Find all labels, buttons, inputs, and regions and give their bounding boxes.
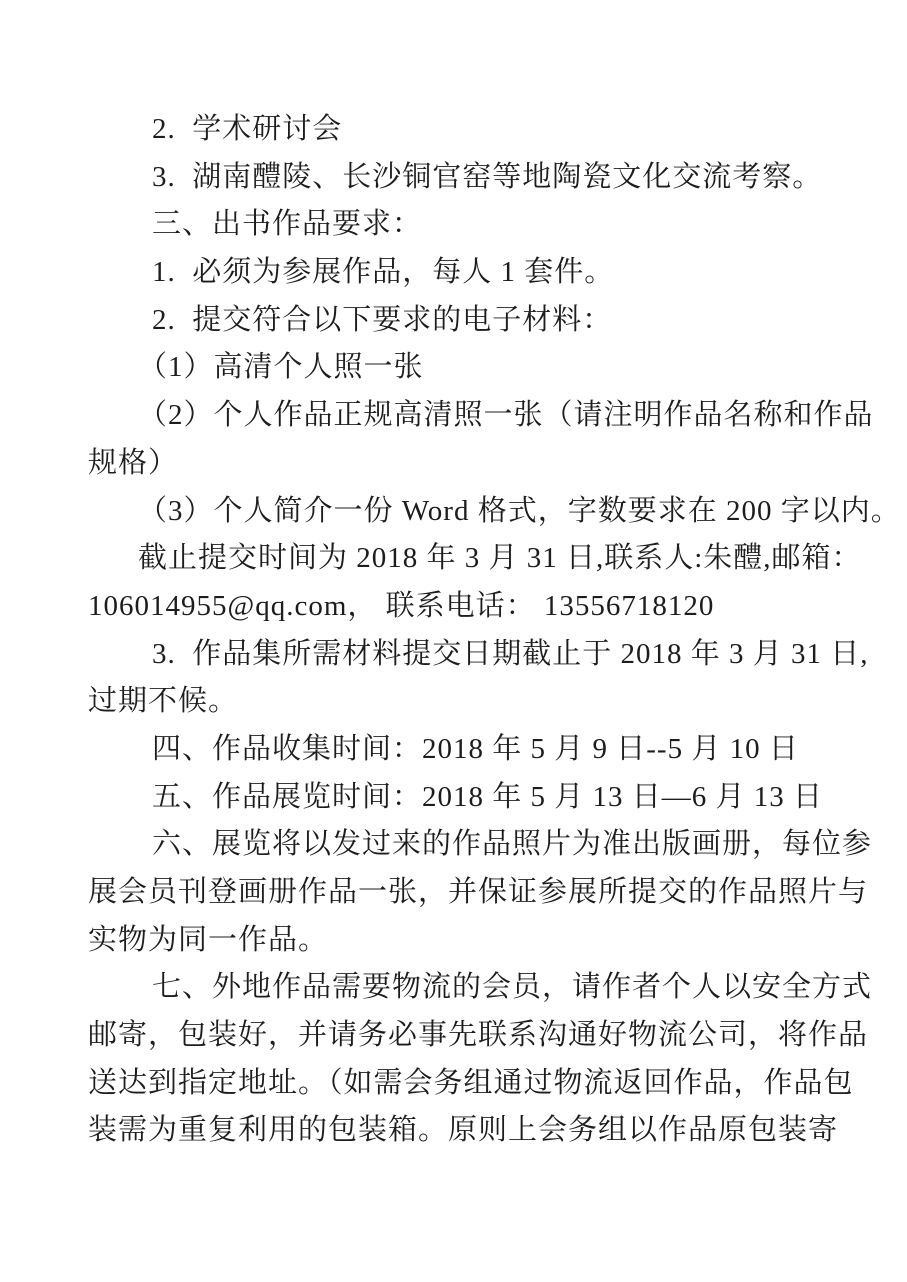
text-line: 2. 提交符合以下要求的电子材料：: [88, 297, 814, 345]
text-line: （3）个人简介一份 Word 格式，字数要求在 200 字以内。: [88, 488, 814, 536]
text-line: 七、外地作品需要物流的会员，请作者个人以安全方式: [88, 964, 814, 1012]
text-line: 过期不候。: [88, 678, 814, 726]
text-line: 2. 学术研讨会: [88, 106, 814, 154]
document-page: 2. 学术研讨会 3. 湖南醴陵、长沙铜官窑等地陶瓷文化交流考察。 三、出书作品…: [0, 0, 907, 1282]
text-line: （2）个人作品正规高清照一张（请注明作品名称和作品: [88, 392, 814, 440]
text-line: 1. 必须为参展作品，每人 1 套件。: [88, 249, 814, 297]
text-line: 送达到指定地址。（如需会务组通过物流返回作品，作品包: [88, 1060, 814, 1108]
text-line: （1）高清个人照一张: [88, 344, 814, 392]
text-line: 六、展览将以发过来的作品照片为准出版画册，每位参: [88, 821, 814, 869]
text-line: 装需为重复利用的包装箱。原则上会务组以作品原包装寄: [88, 1107, 814, 1155]
text-line: 3. 湖南醴陵、长沙铜官窑等地陶瓷文化交流考察。: [88, 154, 814, 202]
text-line: 三、出书作品要求：: [88, 201, 814, 249]
text-line: 五、作品展览时间：2018 年 5 月 13 日—6 月 13 日: [88, 774, 814, 822]
text-line: 实物为同一作品。: [88, 917, 814, 965]
text-line: 截止提交时间为 2018 年 3 月 31 日,联系人:朱醴,邮箱：: [88, 535, 814, 583]
text-line: 展会员刊登画册作品一张，并保证参展所提交的作品照片与: [88, 869, 814, 917]
document-body: 2. 学术研讨会 3. 湖南醴陵、长沙铜官窑等地陶瓷文化交流考察。 三、出书作品…: [88, 106, 814, 1155]
text-line: 四、作品收集时间：2018 年 5 月 9 日--5 月 10 日: [88, 726, 814, 774]
text-line: 106014955@qq.com， 联系电话： 13556718120: [88, 583, 814, 631]
text-line: 邮寄，包装好，并请务必事先联系沟通好物流公司，将作品: [88, 1012, 814, 1060]
text-line: 规格）: [88, 440, 814, 488]
text-line: 3. 作品集所需材料提交日期截止于 2018 年 3 月 31 日,: [88, 631, 814, 679]
